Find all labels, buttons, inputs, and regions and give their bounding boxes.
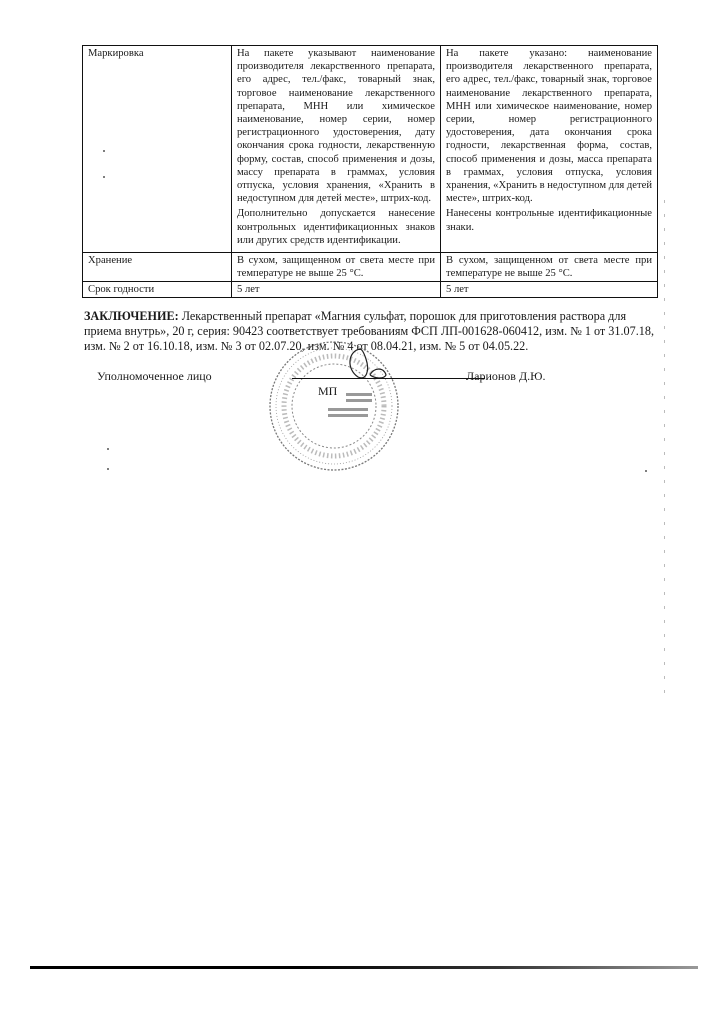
parameter-name: Хранение xyxy=(83,253,232,282)
specification-table: Маркировка На пакете указывают наименова… xyxy=(82,45,658,298)
signature-line xyxy=(292,378,485,379)
table-row-marking: Маркировка На пакете указывают наименова… xyxy=(83,46,658,253)
scan-speck xyxy=(103,176,105,178)
bottom-rule xyxy=(30,966,698,969)
result-text: Нанесены контрольные идентификационные з… xyxy=(446,207,652,233)
result-cell: На пакете указано: наименование производ… xyxy=(441,46,658,253)
authorized-person-label: Уполномоченное лицо xyxy=(97,369,212,384)
signer-name: Ларионов Д.Ю. xyxy=(466,369,546,384)
scan-speck xyxy=(645,470,647,472)
conclusion-label: ЗАКЛЮЧЕНИЕ: xyxy=(84,309,179,323)
scan-speck xyxy=(107,448,109,450)
requirement-cell: 5 лет xyxy=(232,282,441,298)
requirement-text: На пакете указывают наименование произво… xyxy=(237,47,435,205)
result-cell: В сухом, защищенном от света месте при т… xyxy=(441,253,658,282)
parameter-name: Маркировка xyxy=(83,46,232,253)
scan-artifact-column xyxy=(664,200,665,700)
requirement-cell: В сухом, защищенном от света месте при т… xyxy=(232,253,441,282)
requirement-text: Дополнительно допускается нанесение конт… xyxy=(237,207,435,247)
result-text: На пакете указано: наименование производ… xyxy=(446,47,652,205)
requirement-cell: На пакете указывают наименование произво… xyxy=(232,46,441,253)
result-cell: 5 лет xyxy=(441,282,658,298)
scan-speck xyxy=(107,468,109,470)
scan-speck xyxy=(103,150,105,152)
stamp-place-label: МП xyxy=(318,384,337,399)
table-row-shelf-life: Срок годности 5 лет 5 лет xyxy=(83,282,658,298)
table-row-storage: Хранение В сухом, защищенном от света ме… xyxy=(83,253,658,282)
parameter-name: Срок годности xyxy=(83,282,232,298)
